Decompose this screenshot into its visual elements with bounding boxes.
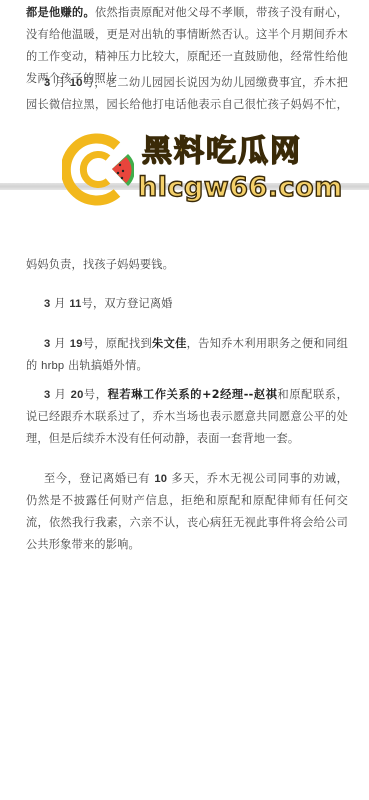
date-day: 10 [70,77,83,89]
watermark: 黑料吃瓜网 hlcgw66.com [62,132,322,207]
date-month: 3 [44,338,50,350]
watermark-url: hlcgw66.com [138,172,343,204]
paragraph-mar-11: 3 月 11号，双方登记离婚 [26,293,348,315]
c-watermelon-logo-icon [62,132,134,207]
paragraph-mar-10: 3 月 10号，老二幼儿园园长说因为幼儿园缴费事宜，乔木把园长微信拉黑，园长给他… [26,72,348,116]
month-label: 月 [54,337,66,350]
paragraph-text: 号，双方登记离婚 [82,297,173,310]
month-label: 月 [54,76,66,89]
paragraph-text: 号，原配找到 [83,337,152,350]
paragraph-mar-10-continued: 妈妈负责，找孩子妈妈要钱。 [26,254,348,276]
day-count: 10 [154,473,167,485]
month-label: 月 [55,388,67,401]
paragraph-text: 号， [84,388,108,401]
date-day: 11 [69,298,81,310]
watermark-title: 黑料吃瓜网 [142,134,302,170]
paragraph-mar-20: 3 月 20号，程若琳工作关系的+2经理--赵祺和原配联系，说已经跟乔木联系过了… [26,384,348,450]
date-month: 3 [44,298,50,310]
paragraph-text: 出轨搞婚外情。 [68,359,148,372]
date-month: 3 [44,77,50,89]
paragraph-conclusion: 至今，登记离婚已有 10 多天，乔木无视公司同事的劝诫，仍然是不披露任何财产信息… [26,468,348,556]
date-day: 19 [70,338,83,350]
month-label: 月 [54,297,65,310]
date-month: 3 [44,389,50,401]
date-day: 20 [71,389,84,401]
bold-name: 朱文佳 [152,337,187,350]
paragraph-mar-19: 3 月 19号，原配找到朱文佳，告知乔木利用职务之便和同组的 hrbp 出轨搞婚… [26,333,348,377]
bold-lead: 都是他赚的。 [26,6,95,19]
paragraph-text: 至今，登记离婚已有 [44,472,150,485]
paragraph-text: 妈妈负责，找孩子妈妈要钱。 [26,258,174,271]
bold-segment: 程若琳工作关系的+2经理--赵祺 [108,388,278,401]
latin-term: hrbp [41,360,64,372]
